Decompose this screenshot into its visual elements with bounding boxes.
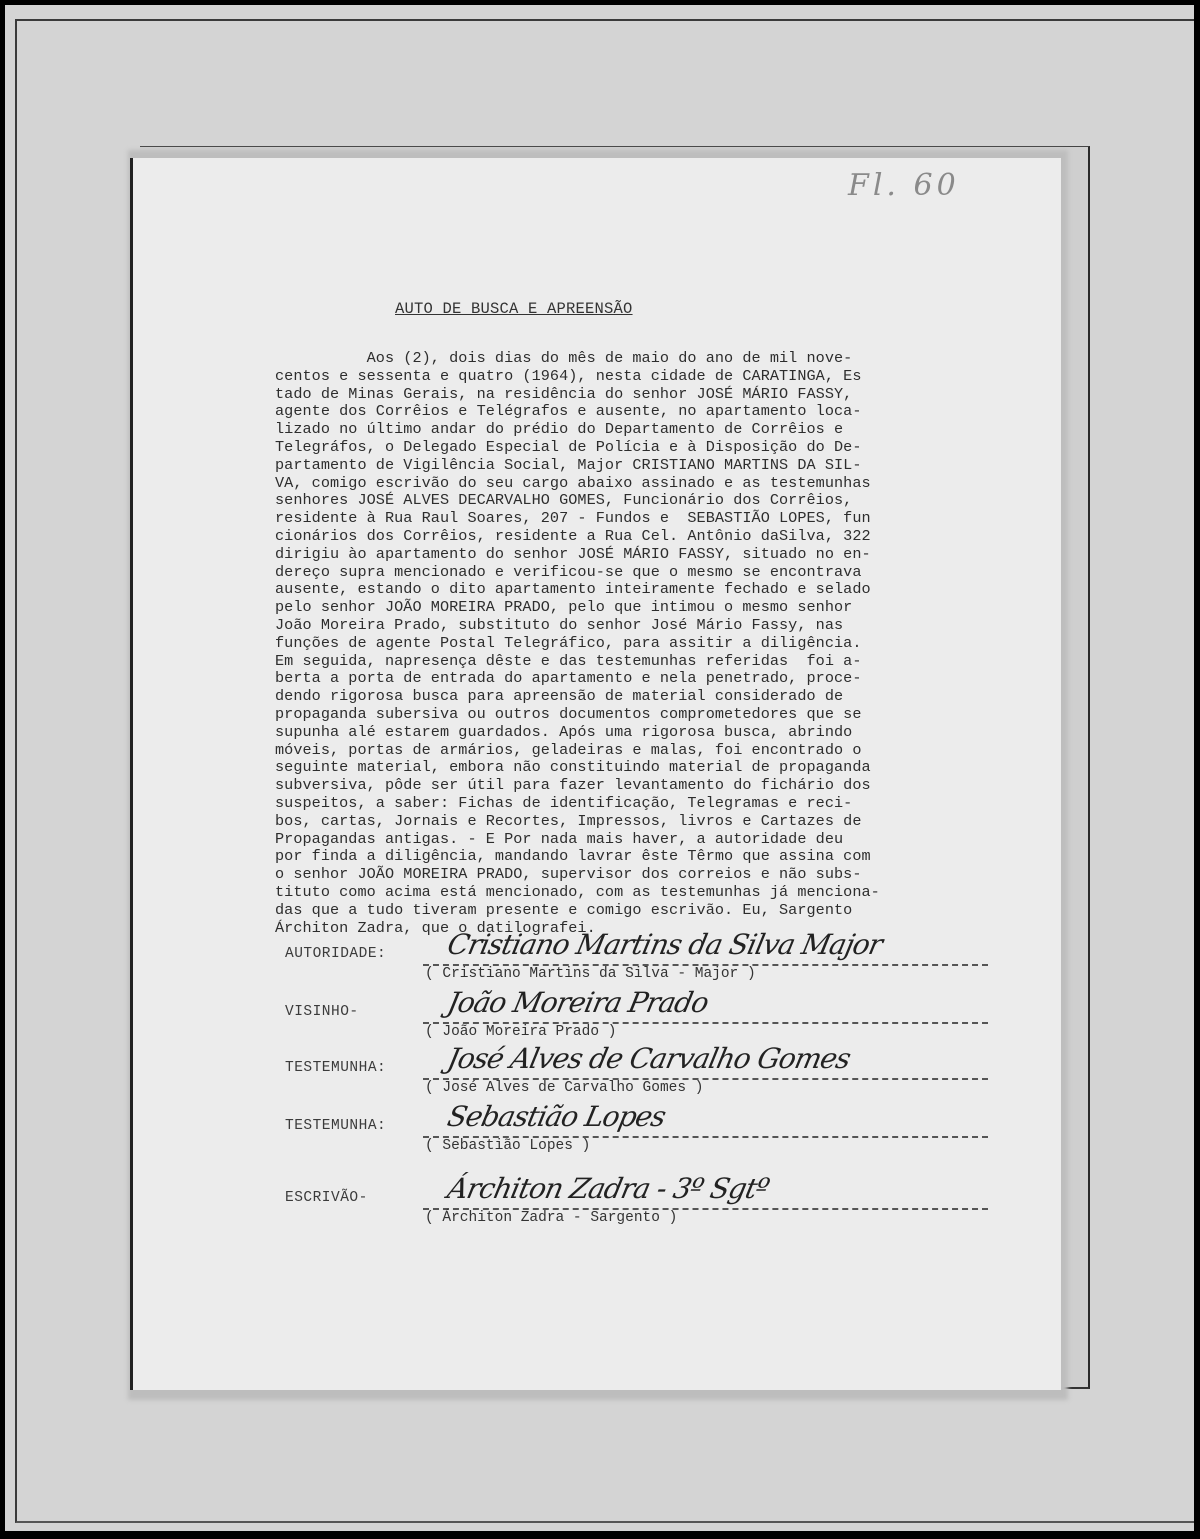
body-line: móveis, portas de armários, geladeiras e… — [275, 742, 995, 760]
body-line: seguinte material, embora não constituin… — [275, 759, 995, 777]
handwritten-signature: João Moreira Prado — [444, 986, 711, 1019]
body-line: supunha alé estarem guardados. Após uma … — [275, 724, 995, 742]
body-line: propaganda subersiva ou outros documento… — [275, 706, 995, 724]
body-line: Propagandas antigas. - E Por nada mais h… — [275, 831, 995, 849]
body-line: senhores JOSÉ ALVES DECARVALHO GOMES, Fu… — [275, 492, 995, 510]
body-line: lizado no último andar do prédio do Depa… — [275, 421, 995, 439]
body-line: o senhor JOÃO MOREIRA PRADO, supervisor … — [275, 866, 995, 884]
body-line: tituto como acima está mencionado, com a… — [275, 884, 995, 902]
body-line: agente dos Corrêios e Telégrafos e ausen… — [275, 403, 995, 421]
signature-escrivao: ESCRIVÃO- Árchiton Zadra - 3º Sgtº ( Árc… — [273, 1180, 993, 1240]
printed-name: ( Cristiano Martins da Silva - Major ) — [425, 966, 756, 982]
body-line: cionários dos Corrêios, residente a Rua … — [275, 528, 995, 546]
body-line: dereço supra mencionado e verificou-se q… — [275, 564, 995, 582]
body-line: das que a tudo tiveram presente e comigo… — [275, 902, 995, 920]
handwritten-signature: José Alves de Carvalho Gomes — [444, 1042, 853, 1075]
body-line: partamento de Vigilência Social, Major C… — [275, 457, 995, 475]
body-line: Em seguida, napresença dêste e das teste… — [275, 653, 995, 671]
document-page: Fl. 60 AUTO DE BUSCA E APREENSÃO Aos (2)… — [130, 158, 1061, 1390]
body-line: VA, comigo escrivão do seu cargo abaixo … — [275, 475, 995, 493]
signature-label: AUTORIDADE: — [285, 946, 386, 962]
printed-name: ( João Moreira Prado ) — [425, 1024, 616, 1040]
printed-name: ( Sebastião Lopes ) — [425, 1138, 590, 1154]
printed-name: ( José Alves de Carvalho Gomes ) — [425, 1080, 703, 1096]
body-line: dirigiu ào apartamento do senhor JOSÉ MÁ… — [275, 546, 995, 564]
handwritten-signature: Árchiton Zadra - 3º Sgtº — [444, 1172, 771, 1205]
body-line: berta a porta de entrada do apartamento … — [275, 670, 995, 688]
body-line: Telegráfos, o Delegado Especial de Políc… — [275, 439, 995, 457]
handwritten-signature: Cristiano Martins da Silva Major — [444, 928, 884, 961]
body-line: dendo rigorosa busca para apreensão de m… — [275, 688, 995, 706]
body-line: funções de agente Postal Telegráfico, pa… — [275, 635, 995, 653]
body-line: Aos (2), dois dias do mês de maio do ano… — [275, 350, 995, 368]
signature-label: VISINHO- — [285, 1004, 359, 1020]
document-body: Aos (2), dois dias do mês de maio do ano… — [275, 350, 995, 937]
body-line: subversiva, pôde ser útil para fazer lev… — [275, 777, 995, 795]
handwritten-signature: Sebastião Lopes — [444, 1100, 668, 1133]
body-line: bos, cartas, Jornais e Recortes, Impress… — [275, 813, 995, 831]
body-line: tado de Minas Gerais, na residência do s… — [275, 386, 995, 404]
body-line: por finda a diligência, mandando lavrar … — [275, 848, 995, 866]
signature-label: TESTEMUNHA: — [285, 1060, 386, 1076]
document-title: AUTO DE BUSCA E APREENSÃO — [395, 300, 633, 318]
folio-annotation: Fl. 60 — [848, 168, 960, 203]
body-line: ausente, estando o dito apartamento inte… — [275, 581, 995, 599]
body-line: João Moreira Prado, substituto do senhor… — [275, 617, 995, 635]
body-line: residente à Rua Raul Soares, 207 - Fundo… — [275, 510, 995, 528]
signature-testemunha-2: TESTEMUNHA: Sebastião Lopes ( Sebastião … — [273, 1108, 993, 1168]
signature-label: ESCRIVÃO- — [285, 1190, 368, 1206]
body-line: pelo senhor JOÃO MOREIRA PRADO, pelo que… — [275, 599, 995, 617]
signature-label: TESTEMUNHA: — [285, 1118, 386, 1134]
body-line: suspeitos, a saber: Fichas de identifica… — [275, 795, 995, 813]
body-line: centos e sessenta e quatro (1964), nesta… — [275, 368, 995, 386]
printed-name: ( Árchiton Zadra - Sargento ) — [425, 1210, 677, 1226]
